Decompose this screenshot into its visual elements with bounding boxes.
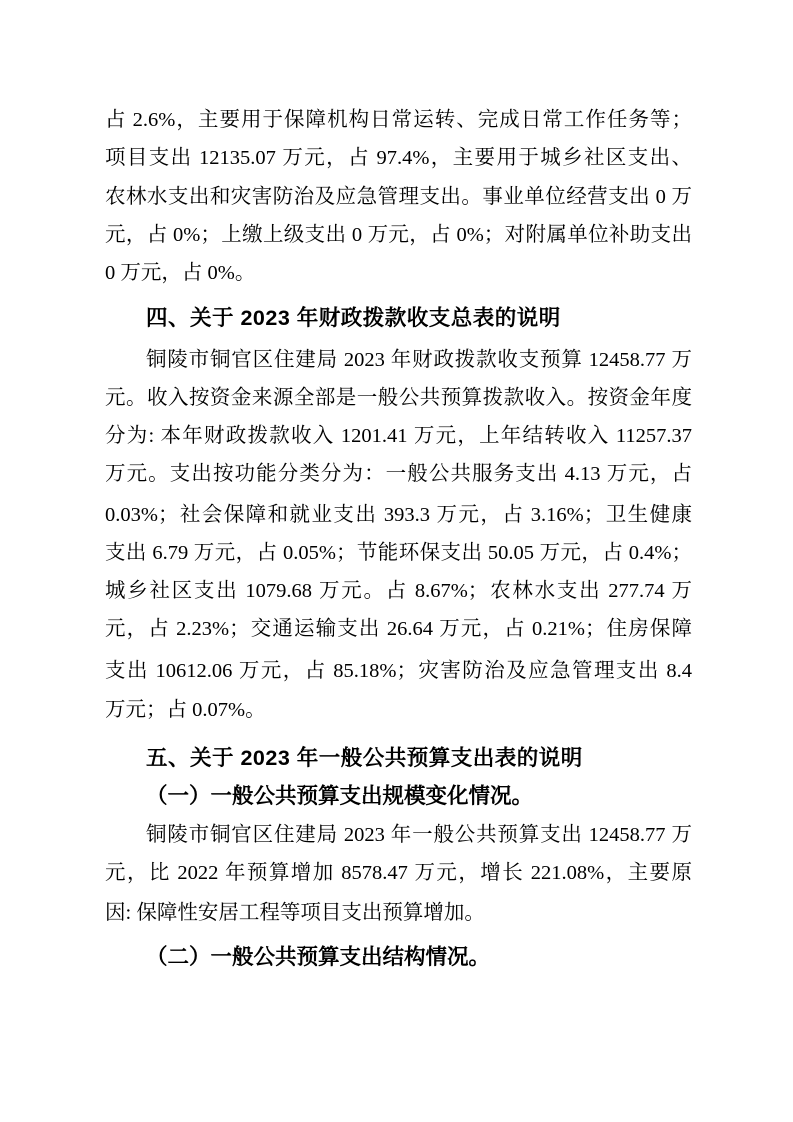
text-line: 项目支出 12135.07 万元，占 97.4%，主要用于城乡社区支出、 xyxy=(105,141,692,175)
text-line: 元，占 2.23%；交通运输支出 26.64 万元，占 0.21%；住房保障 xyxy=(105,612,692,646)
text-line: 占 2.6%，主要用于保障机构日常运转、完成日常工作任务等； xyxy=(105,103,692,137)
text-line: 城乡社区支出 1079.68 万元。占 8.67%；农林水支出 277.74 万 xyxy=(105,574,692,608)
text-line: 支出 6.79 万元，占 0.05%；节能环保支出 50.05 万元，占 0.4… xyxy=(105,536,692,570)
text-line: 万元；占 0.07%。 xyxy=(105,693,692,727)
text-line: 元，占 0%；上缴上级支出 0 万元，占 0%；对附属单位补助支出 xyxy=(105,218,692,252)
text-line: 0 万元，占 0%。 xyxy=(105,256,692,290)
heading-subsection-two: （二）一般公共预算支出结构情况。 xyxy=(105,940,692,974)
text-line: 0.03%；社会保障和就业支出 393.3 万元，占 3.16%；卫生健康 xyxy=(105,498,692,532)
text-line: 万元。支出按功能分类分为：一般公共服务支出 4.13 万元，占 xyxy=(105,457,692,491)
text-line: 元，比 2022 年预算增加 8578.47 万元，增长 221.08%，主要原 xyxy=(105,856,692,890)
heading-subsection-one: （一）一般公共预算支出规模变化情况。 xyxy=(105,779,692,813)
heading-section-four: 四、关于 2023 年财政拨款收支总表的说明 xyxy=(105,301,692,335)
text-line: 分为: 本年财政拨款收入 1201.41 万元，上年结转收入 11257.37 xyxy=(105,419,692,453)
text-line: 支出 10612.06 万元，占 85.18%；灾害防治及应急管理支出 8.4 xyxy=(105,654,692,688)
paragraph-first-line: 铜陵市铜官区住建局 2023 年一般公共预算支出 12458.77 万 xyxy=(105,818,692,852)
text-line: 农林水支出和灾害防治及应急管理支出。事业单位经营支出 0 万 xyxy=(105,180,692,214)
text-line: 元。收入按资金来源全部是一般公共预算拨款收入。按资金年度 xyxy=(105,381,692,415)
document-page: 占 2.6%，主要用于保障机构日常运转、完成日常工作任务等； 项目支出 1213… xyxy=(0,0,793,1122)
text-line: 因: 保障性安居工程等项目支出预算增加。 xyxy=(105,896,692,930)
heading-section-five: 五、关于 2023 年一般公共预算支出表的说明 xyxy=(105,741,692,775)
paragraph-first-line: 铜陵市铜官区住建局 2023 年财政拨款收支预算 12458.77 万 xyxy=(105,343,692,377)
